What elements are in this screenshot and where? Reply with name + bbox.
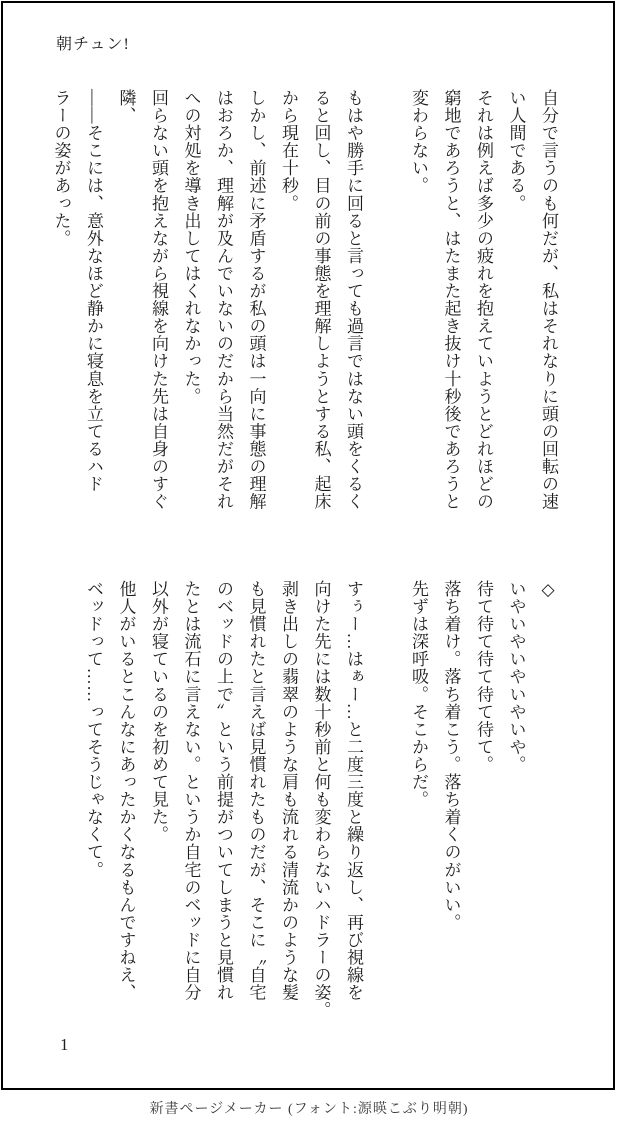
text-line: いやいやいやいやいや。 (499, 580, 532, 1024)
text-line: すぅー…はぁー…と二度三度と繰り返し、再び視線を (337, 580, 370, 1024)
text-line: しかし、前述に矛盾するが私の頭は一向に事態の理解 (239, 89, 272, 533)
text-line: 変わらない。 (402, 89, 435, 533)
text-line: もはや勝手に回ると言っても過言ではない頭をくるく (337, 89, 370, 533)
page: 朝チュン! 自分で言うのも何だが、私はそれなりに頭の回転の速い人間である。それは… (1, 1, 615, 1090)
text-line: から現在十秒。 (272, 89, 305, 533)
text-line: い人間である。 (499, 89, 532, 533)
blank-line (369, 580, 402, 1024)
text-line: はおろか、理解が及んでいないのだから当然だがそれ (207, 89, 240, 533)
blank-line (369, 89, 402, 533)
text-line: への対処を導き出してはくれなかった。 (174, 89, 207, 533)
text-line: 待て待て待て待て待て。 (467, 580, 500, 1024)
text-line: ると回し、目の前の事態を理解しようとする私、起床 (304, 89, 337, 533)
text-line: 回らない頭を抱えながら視線を向けた先は自身のすぐ (142, 89, 175, 533)
text-line: 剥き出しの翡翠のような肩も流れる清流かのような髪 (272, 580, 305, 1024)
page-number: 1 (60, 1035, 69, 1055)
text-line: 向けた先には数十秒前と何も変わらないハドラーの姿。 (304, 580, 337, 1024)
text-line: 他人がいるとこんなにあったかくなるもんですねえ、 (109, 580, 142, 1024)
text-line: ラーの姿があった。 (44, 89, 77, 533)
text-line: ◇ (532, 580, 565, 1024)
text-line: のベッドの上で〟という前提がついてしまうと見慣れ (207, 580, 240, 1024)
running-title: 朝チュン! (56, 31, 130, 54)
text-line: 隣、 (109, 89, 142, 533)
text-line: 先ずは深呼吸。そこからだ。 (402, 580, 435, 1024)
text-line: 落ち着け。落ち着こう。落ち着くのがいい。 (434, 580, 467, 1024)
text-line: 以外が寝ているのを初めて見た。 (142, 580, 175, 1024)
text-band-bottom: ◇いやいやいやいやいや。待て待て待て待て待て。落ち着け。落ち着こう。落ち着くのが… (42, 580, 564, 1024)
text-line: 自分で言うのも何だが、私はそれなりに頭の回転の速 (532, 89, 565, 533)
generator-caption: 新書ページメーカー (フォント:源暎こぶり明朝) (0, 1098, 618, 1118)
document-canvas: 朝チュン! 自分で言うのも何だが、私はそれなりに頭の回転の速い人間である。それは… (0, 0, 618, 1132)
text-line: それは例えば多少の疲れを抱えていようとどれほどの (467, 89, 500, 533)
text-line: も見慣れたと言えば見慣れたものだが、そこに〝自宅 (239, 580, 272, 1024)
text-line: ――そこには、意外なほど静かに寝息を立てるハド (77, 89, 110, 533)
text-line: ベッドって……ってそうじゃなくて。 (77, 580, 110, 1024)
text-line: たとは流石に言えない。というか自宅のベッドに自分 (174, 580, 207, 1024)
text-line: 窮地であろうと、はたまた起き抜け十秒後であろうと (434, 89, 467, 533)
text-band-top: 自分で言うのも何だが、私はそれなりに頭の回転の速い人間である。それは例えば多少の… (42, 89, 564, 533)
